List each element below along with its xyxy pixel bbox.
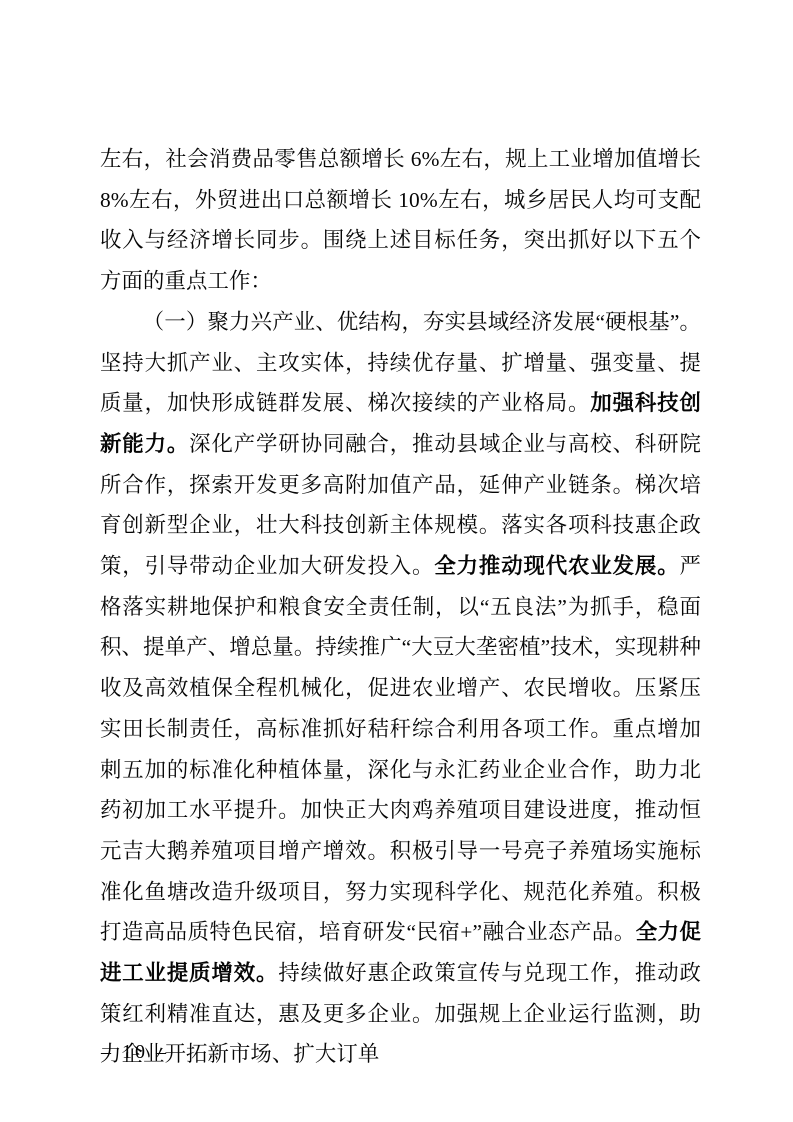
paragraph: 左右，社会消费品零售总额增长 6%左右，规上工业增加值增长 8%左右，外贸进出口… xyxy=(100,139,701,302)
text-run: 严格落实耕地保护和粮食安全责任制，以“五良法”为抓手，稳面积、提单产、增总量。持… xyxy=(100,554,701,944)
page-number: – 10 – xyxy=(101,1040,169,1064)
section-heading-run: （一）聚力兴产业、优结构，夯实县域经济发展“硬根基”。 xyxy=(143,310,701,334)
text-run: 左右，社会消费品零售总额增长 6%左右，规上工业增加值增长 8%左右，外贸进出口… xyxy=(100,147,701,293)
page-sheet: 左右，社会消费品零售总额增长 6%左右，规上工业增加值增长 8%左右，外贸进出口… xyxy=(0,0,793,1122)
document-body: 左右，社会消费品零售总额增长 6%左右，规上工业增加值增长 8%左右，外贸进出口… xyxy=(100,139,701,1075)
emphasis-run: 全力推动现代农业发展。 xyxy=(434,554,679,578)
document-page: { "page": { "number_label": "– 10 –" }, … xyxy=(0,0,793,1122)
paragraph: （一）聚力兴产业、优结构，夯实县域经济发展“硬根基”。坚持大抓产业、主攻实体，持… xyxy=(100,302,701,1075)
